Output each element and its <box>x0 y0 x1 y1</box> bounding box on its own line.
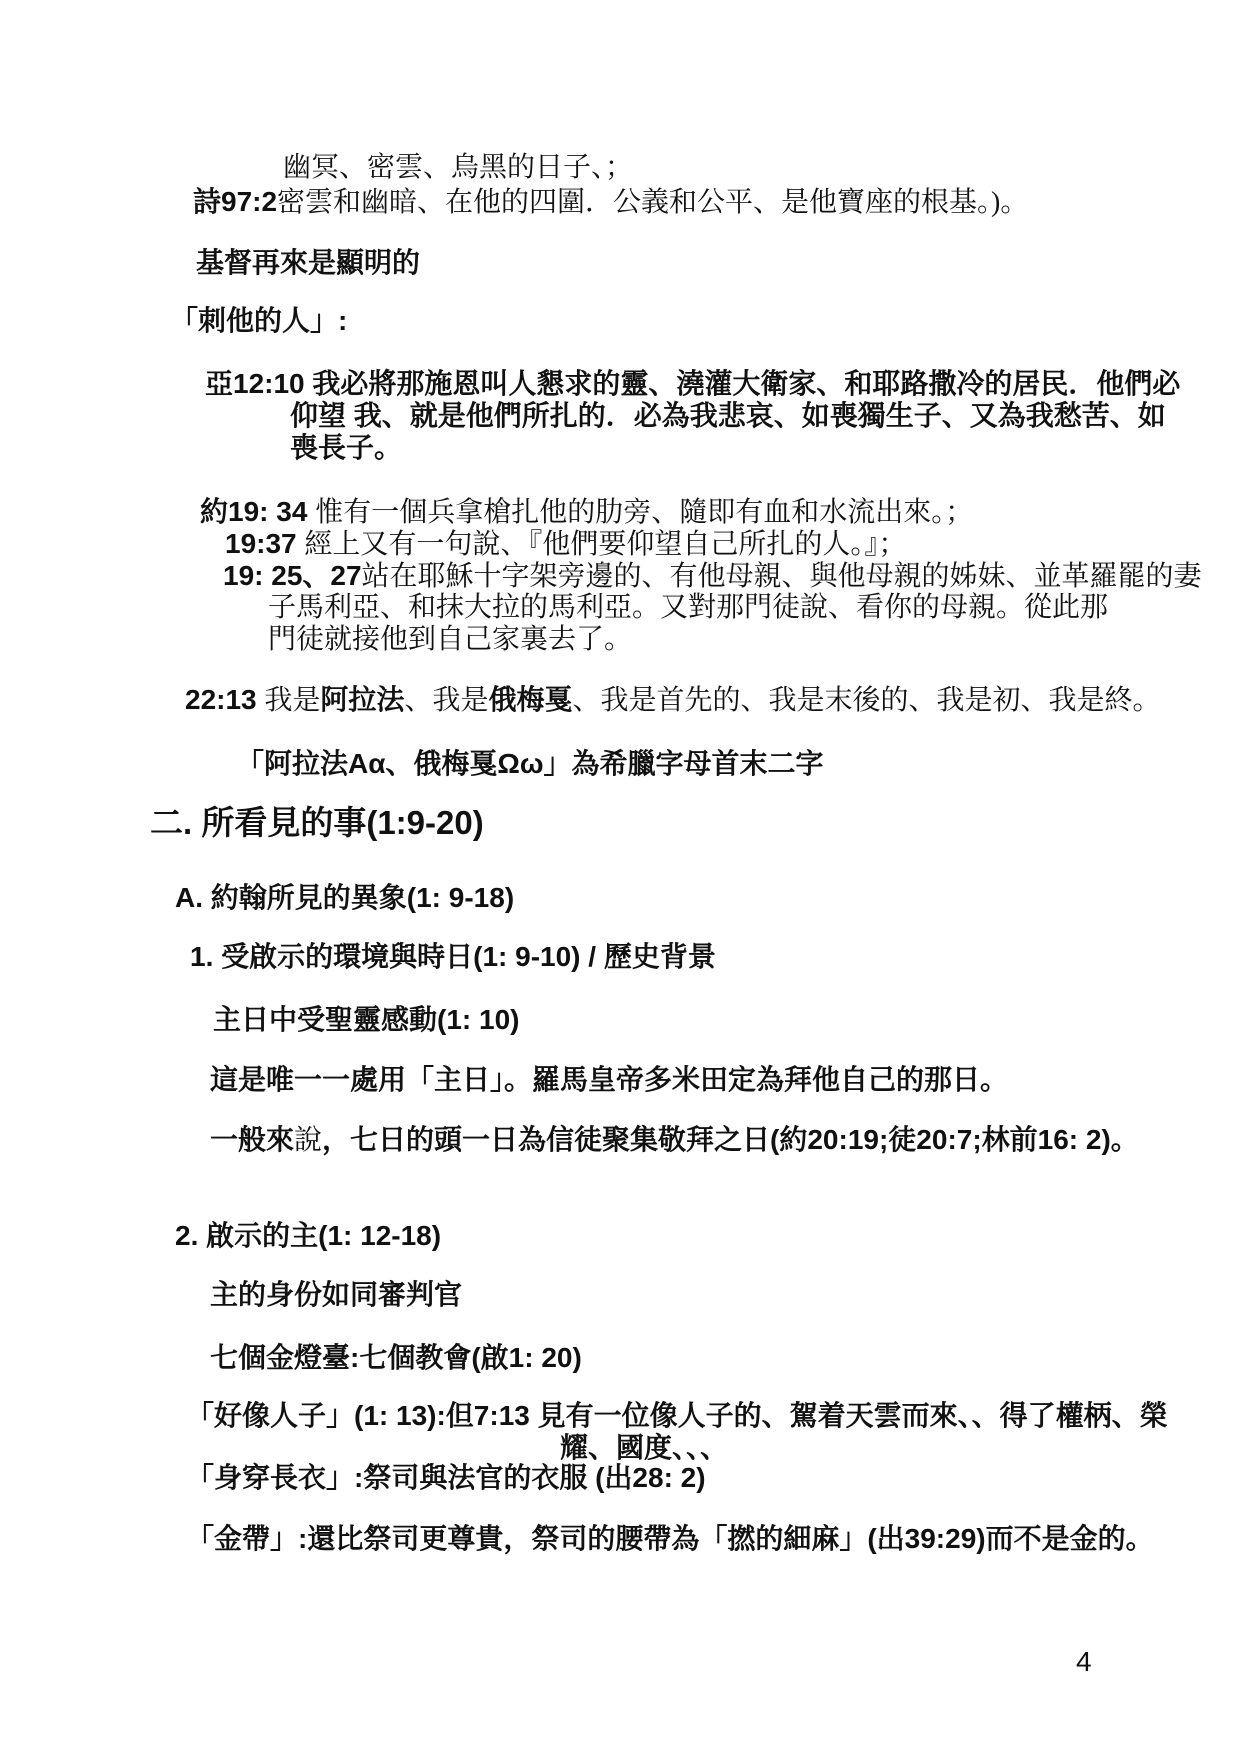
line-first-day-worship: 一般來說，七日的頭一日為信徒聚集敬拜之日(約20:19;徒20:7;林前16: … <box>210 1124 1139 1157</box>
line-first-day-seg1: 一般來 <box>210 1124 294 1155</box>
line-son-of-man-1: 「好像人子」(1: 13):但7:13 見有一位像人子的、駕着天雲而來、、得了權… <box>186 1400 1168 1432</box>
line-golden-belt: 「金帶」:還比祭司更尊貴，祭司的腰帶為「撚的細麻」(出39:29)而不是金的。 <box>186 1523 1154 1555</box>
verse-ps97-2: 詩97:2密雲和幽暗、在他的四圍．公義和公平、是他寶座的根基。)。 <box>193 186 1028 219</box>
verse-zech12-10-line3: 喪長子。 <box>290 432 402 464</box>
verse-john19-37-ref: 19:37 <box>225 528 304 559</box>
verse-zech12-10-line1: 亞12:10 我必將那施恩叫人懇求的靈、澆灌大衛家、和耶路撒冷的居民．他們必 <box>205 368 1180 400</box>
verse-rev22-13-alpha: 阿拉法 <box>320 685 404 716</box>
verse-rev22-13-seg1: 我是 <box>264 685 320 716</box>
line-robe: 「身穿長衣」:祭司與法官的衣服 (出28: 2) <box>186 1462 706 1494</box>
line-judge-identity: 主的身份如同審判官 <box>210 1279 462 1311</box>
verse-ps97-2-ref: 詩97:2 <box>193 186 277 217</box>
label-those-who-pierced: 「刺他的人」: <box>170 305 347 337</box>
verse-zech12-10-line2: 仰望 我、就是他們所扎的．必為我悲哀、如喪獨生子、又為我愁苦、如 <box>290 400 1166 432</box>
line-unique-usage: 這是唯一一處用「主日」。羅馬皇帝多米田定為拜他自己的那日。 <box>210 1064 1008 1096</box>
verse-john19-34-text: 惟有一個兵拿槍扎他的肋旁、隨即有血和水流出來。； <box>315 497 973 528</box>
heading-sub-a: A. 約翰所見的異象(1: 9-18) <box>175 882 514 914</box>
verse-john19-25-27-line1: 19: 25、27站在耶穌十字架旁邊的、有他母親、與他母親的姊妹、並革羅罷的妻 <box>223 560 1202 593</box>
verse-rev22-13-seg2: 、我是 <box>404 685 488 716</box>
line-lampstands: 七個金燈臺:七個教會(啟1: 20) <box>210 1342 582 1374</box>
line-first-day-seg3: ，七日的頭一日為信徒聚集敬拜之日(約20:19;徒20:7;林前16: 2)。 <box>322 1124 1139 1155</box>
verse-rev22-13: 22:13 我是阿拉法、我是俄梅戛、我是首先的、我是末後的、我是初、我是終。 <box>185 684 1160 717</box>
verse-rev22-13-omega: 俄梅戛 <box>488 685 572 716</box>
heading-christ-return-visible: 基督再來是顯明的 <box>196 247 420 279</box>
verse-ps97-2-text: 密雲和幽暗、在他的四圍．公義和公平、是他寶座的根基。)。 <box>277 187 1028 218</box>
verse-john19-34: 約19: 34 惟有一個兵拿槍扎他的肋旁、隨即有血和水流出來。； <box>200 496 973 529</box>
verse-john19-25-27-ref: 19: 25、27 <box>223 560 362 591</box>
line-first-day-seg2: 說 <box>294 1124 322 1155</box>
heading-point-1: 1. 受啟示的環境與時日(1: 9-10) / 歷史背景 <box>190 941 716 973</box>
verse-john19-25-27-line3: 門徒就接他到自己家裏去了。 <box>268 624 632 656</box>
document-page: 幽冥、密雲、烏黑的日子、； 詩97:2密雲和幽暗、在他的四圍．公義和公平、是他寶… <box>0 0 1242 1755</box>
quote-dark-day-line: 幽冥、密雲、烏黑的日子、； <box>283 152 633 184</box>
line-lords-day: 主日中受聖靈感動(1: 10) <box>213 1004 519 1036</box>
page-number: 4 <box>1076 1646 1092 1678</box>
verse-john19-37-text: 經上又有一句說、『他們要仰望自己所扎的人。』； <box>304 529 906 560</box>
note-alpha-omega: 「阿拉法Aα、俄梅戛Ωω」為希臘字母首末二字 <box>236 748 824 780</box>
heading-point-2: 2. 啟示的主(1: 12-18) <box>175 1220 441 1252</box>
verse-rev22-13-seg3: 、我是首先的、我是末後的、我是初、我是終。 <box>572 685 1160 716</box>
heading-section-2: 二. 所看見的事(1:9-20) <box>150 804 484 842</box>
line-son-of-man-2: 耀、國度、、、 <box>560 1432 728 1464</box>
verse-john19-37: 19:37 經上又有一句說、『他們要仰望自己所扎的人。』； <box>225 528 906 561</box>
verse-rev22-13-ref: 22:13 <box>185 684 264 715</box>
verse-john19-25-27-text: 站在耶穌十字架旁邊的、有他母親、與他母親的姊妹、並革羅罷的妻 <box>362 561 1202 592</box>
verse-john19-34-ref: 約19: 34 <box>200 496 315 527</box>
verse-john19-25-27-line2: 子馬利亞、和抹大拉的馬利亞。又對那門徒說、看你的母親。從此那 <box>268 592 1108 624</box>
